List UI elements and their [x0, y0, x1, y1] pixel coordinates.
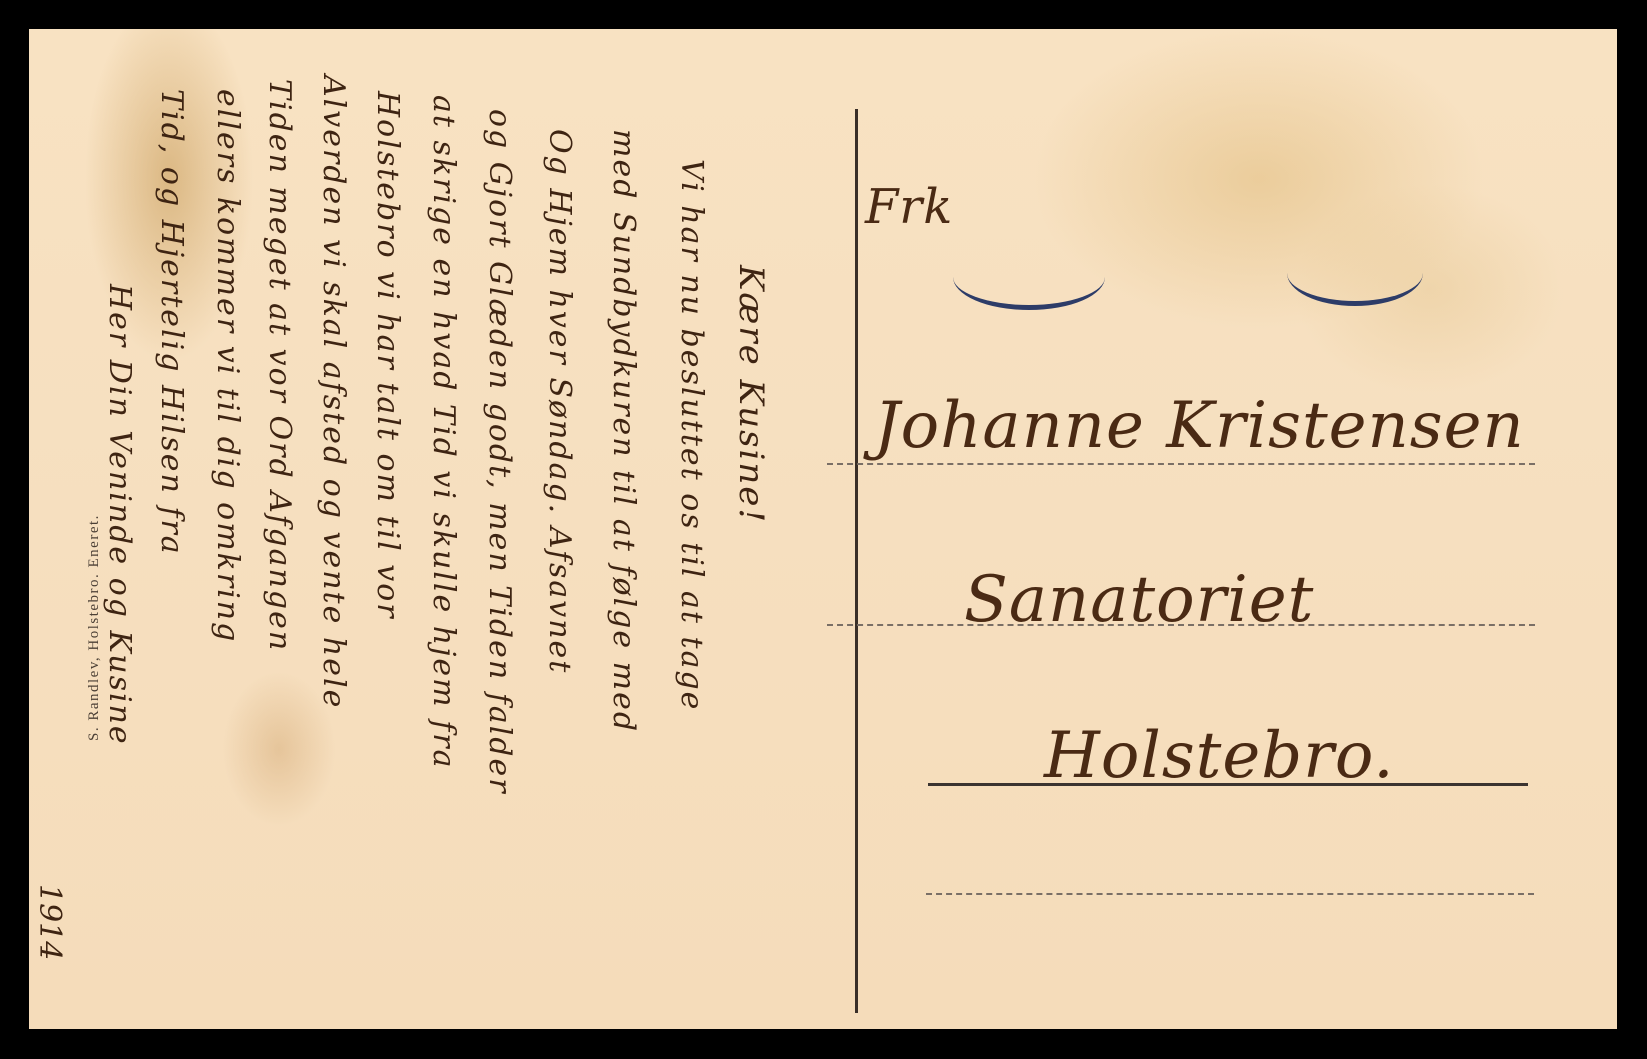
address-divider [855, 109, 858, 1013]
address-name: Johanne Kristensen [874, 389, 1525, 463]
message-line: Her Din Veninde og Kusine [102, 284, 137, 746]
publisher-imprint: S. Randlev, Holstebro. Eneret. [86, 514, 103, 741]
message-line: Vi har nu besluttet os til at tage [674, 159, 709, 711]
address-line-1 [827, 463, 1535, 465]
message-line: ellers kommer vi til dig omkring [210, 89, 245, 643]
address-salutation: Frk [865, 179, 953, 235]
address-line-2 [827, 624, 1535, 626]
message-line: med Sundbydkuren til at følge med [606, 129, 641, 733]
message-line: Tiden meget at vor Ord Afgangen [262, 79, 297, 652]
address-line-3 [928, 783, 1528, 786]
message-line: Tid, og Hjertelig Hilsen fra [154, 89, 189, 556]
message-line: at skrige en hvad Tid vi skulle hjem fra [426, 95, 461, 769]
message-year: 1914 [32, 884, 67, 960]
address-city: Holstebro. [1044, 719, 1395, 793]
message-line: Holstebro vi har talt om til vor [370, 91, 405, 620]
message-line: Alverden vi skal afsted og vente hele [316, 75, 351, 709]
postmark-arc-right [1287, 273, 1423, 306]
postcard-back: S. Randlev, Holstebro. Eneret. Kære Kusi… [29, 29, 1617, 1029]
message-greeting: Kære Kusine! [731, 265, 771, 524]
address-line-4 [926, 893, 1534, 895]
message-line: og Gjort Glæden godt, men Tiden falder [482, 109, 517, 795]
postmark-arc-left [953, 277, 1105, 310]
message-line: Og Hjem hver Søndag. Afsavnet [542, 129, 577, 674]
